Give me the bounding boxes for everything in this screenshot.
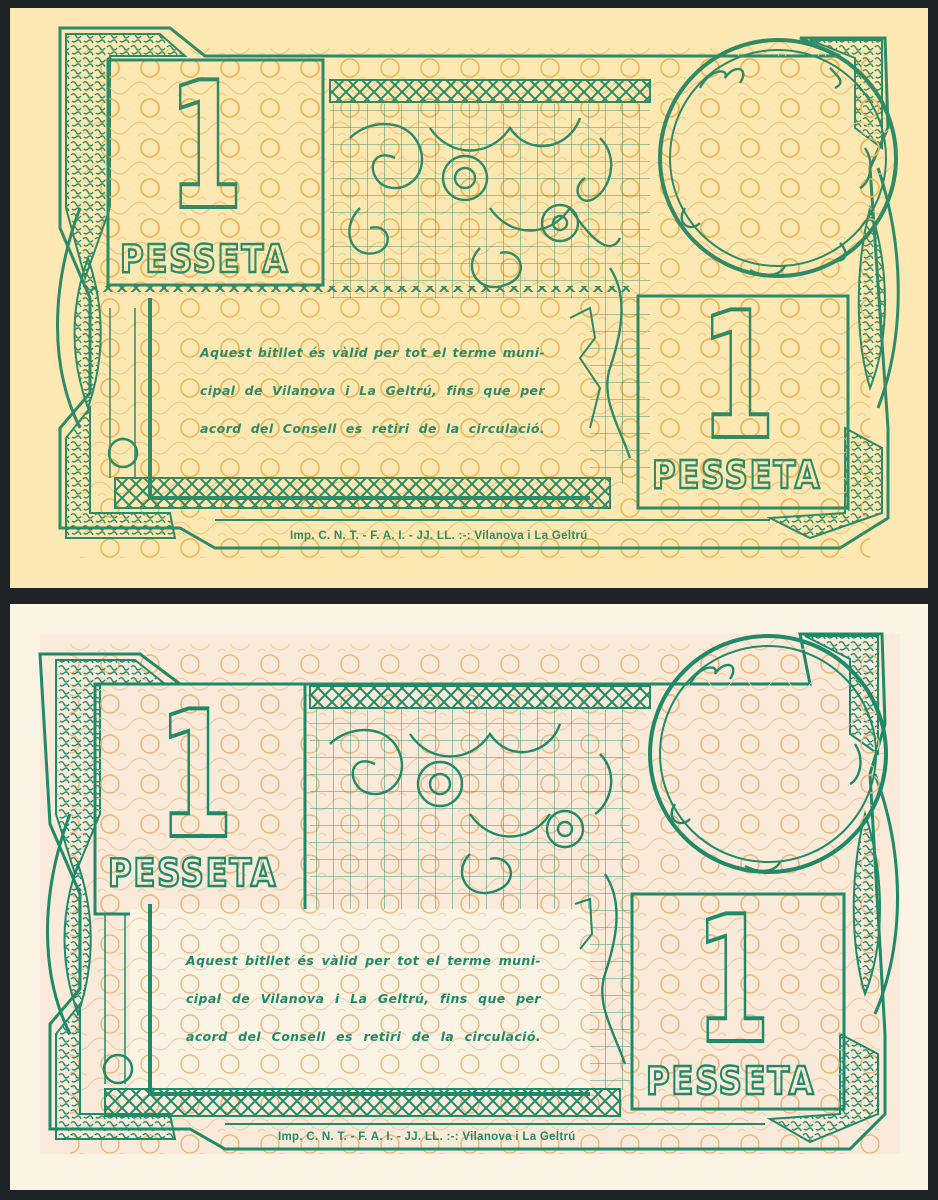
word-top-left: PESSETA xyxy=(108,854,277,892)
legend-line: cipal de Vilanova i La Geltrú, fins que … xyxy=(200,372,545,410)
legend-line: cipal de Vilanova i La Geltrú, fins que … xyxy=(186,980,541,1018)
legend-line: acord del Consell es retiri de la circul… xyxy=(200,410,545,448)
numeral-bottom-right: 1 xyxy=(695,894,770,1069)
banknote-bottom: 1 PESSETA 1 PESSETA Aquest bitllet és và… xyxy=(10,604,928,1190)
legend-line: Aquest bitllet és vàlid per tot el terme… xyxy=(200,334,545,372)
printer-imprint: Imp. C. N. T. - F. A. I. - JJ. LL. :-: V… xyxy=(290,530,588,542)
numeral-top-left: 1 xyxy=(168,60,243,235)
numeral-top-left: 1 xyxy=(158,689,233,864)
banknote-top-artwork xyxy=(10,8,928,588)
printer-imprint: Imp. C. N. T. - F. A. I. - JJ. LL. :-: V… xyxy=(278,1131,576,1143)
word-bottom-right: PESSETA xyxy=(646,1062,815,1100)
banknote-top: 1 PESSETA 1 PESSETA Aquest bitllet és và… xyxy=(10,8,928,588)
numeral-bottom-right: 1 xyxy=(700,290,775,465)
legend-line: acord del Consell es retiri de la circul… xyxy=(186,1018,541,1056)
word-bottom-right: PESSETA xyxy=(652,456,821,494)
legend-text: Aquest bitllet és vàlid per tot el terme… xyxy=(200,334,545,448)
word-top-left: PESSETA xyxy=(120,240,289,278)
legend-line: Aquest bitllet és vàlid per tot el terme… xyxy=(186,942,541,980)
legend-text: Aquest bitllet és vàlid per tot el terme… xyxy=(186,942,541,1056)
